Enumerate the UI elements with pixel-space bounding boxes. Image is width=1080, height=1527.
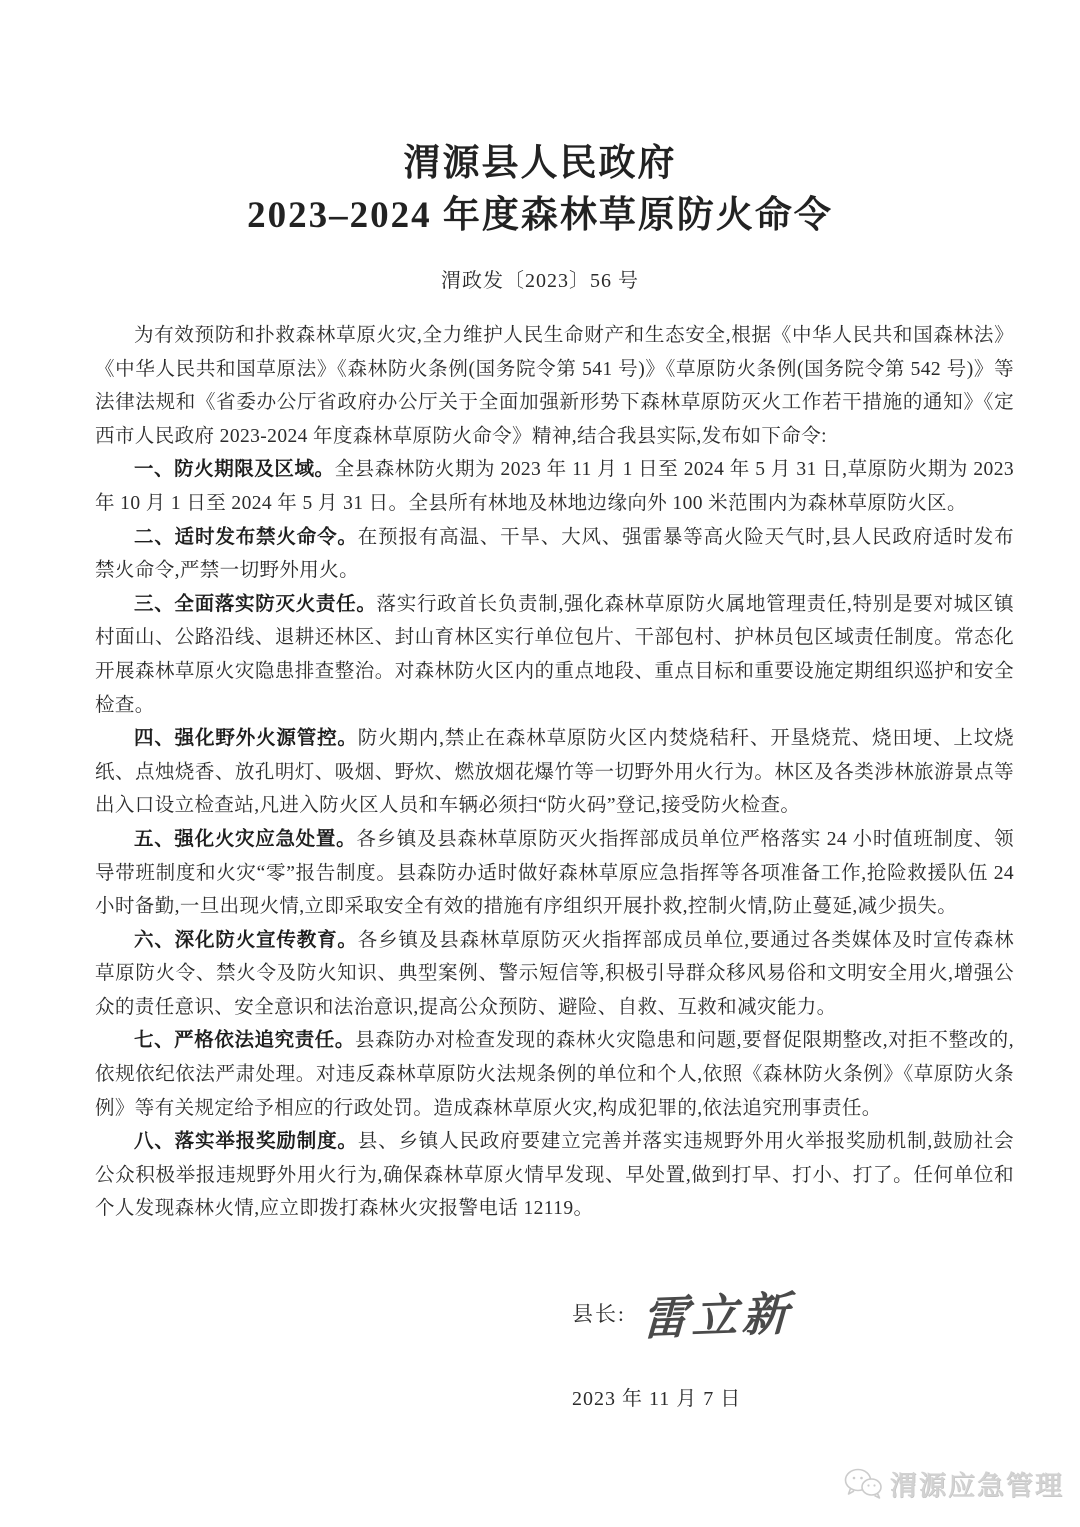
document-date: 2023 年 11 月 7 日 bbox=[0, 1382, 1080, 1411]
watermark: 渭源应急管理 bbox=[844, 1464, 1064, 1503]
paragraph-lead: 一、防火期限及区域。 bbox=[134, 459, 335, 480]
paragraph-lead: 四、强化野外火源管控。 bbox=[134, 728, 358, 749]
body-paragraph-6: 六、深化防火宣传教育。各乡镇及县森林草原防灭火指挥部成员单位,要通过各类媒体及时… bbox=[95, 924, 1014, 1025]
signature-handwritten-name: 雷立新 bbox=[641, 1277, 793, 1348]
body-paragraph-1: 一、防火期限及区域。全县森林防火期为 2023 年 11 月 1 日至 2024… bbox=[95, 453, 1014, 520]
document-number: 渭政发〔2023〕56 号 bbox=[0, 264, 1080, 293]
paragraph-lead: 三、全面落实防灭火责任。 bbox=[134, 594, 377, 615]
document-title-line1: 渭源县人民政府 bbox=[0, 138, 1080, 190]
paragraph-lead: 六、深化防火宣传教育。 bbox=[134, 930, 358, 951]
paragraph-text: 为有效预防和扑救森林草原火灾,全力维护人民生命财产和生态安全,根据《中华人民共和… bbox=[95, 325, 1014, 447]
body-paragraph-2: 二、适时发布禁火命令。在预报有高温、干旱、大风、强雷暴等高火险天气时,县人民政府… bbox=[95, 521, 1014, 588]
paragraph-lead: 七、严格依法追究责任。 bbox=[134, 1030, 355, 1051]
watermark-text: 渭源应急管理 bbox=[890, 1464, 1064, 1503]
paragraph-lead: 五、强化火灾应急处置。 bbox=[134, 829, 356, 850]
body-paragraph-7: 七、严格依法追究责任。县森防办对检查发现的森林火灾隐患和问题,要督促限期整改,对… bbox=[95, 1024, 1014, 1125]
paragraph-lead: 二、适时发布禁火命令。 bbox=[134, 527, 358, 548]
document-page: 渭源县人民政府 2023–2024 年度森林草原防火命令 渭政发〔2023〕56… bbox=[0, 0, 1080, 1527]
signature-block: 县长: 雷立新 bbox=[0, 1278, 1080, 1348]
body-paragraph-intro: 为有效预防和扑救森林草原火灾,全力维护人民生命财产和生态安全,根据《中华人民共和… bbox=[95, 319, 1014, 453]
body-paragraph-4: 四、强化野外火源管控。防火期内,禁止在森林草原防火区内焚烧秸秆、开垦烧荒、烧田埂… bbox=[95, 722, 1014, 823]
document-title-line2: 2023–2024 年度森林草原防火命令 bbox=[0, 190, 1080, 242]
body-paragraph-8: 八、落实举报奖励制度。县、乡镇人民政府要建立完善并落实违规野外用火举报奖励机制,… bbox=[95, 1125, 1014, 1226]
body-paragraph-3: 三、全面落实防灭火责任。落实行政首长负责制,强化森林草原防火属地管理责任,特别是… bbox=[95, 588, 1014, 722]
document-header: 渭源县人民政府 2023–2024 年度森林草原防火命令 bbox=[0, 0, 1080, 242]
signature-label: 县长: bbox=[572, 1298, 626, 1328]
paragraph-lead: 八、落实举报奖励制度。 bbox=[134, 1131, 358, 1152]
wechat-icon bbox=[844, 1468, 882, 1500]
document-body: 为有效预防和扑救森林草原火灾,全力维护人民生命财产和生态安全,根据《中华人民共和… bbox=[0, 319, 1080, 1226]
body-paragraph-5: 五、强化火灾应急处置。各乡镇及县森林草原防灭火指挥部成员单位严格落实 24 小时… bbox=[95, 823, 1014, 924]
